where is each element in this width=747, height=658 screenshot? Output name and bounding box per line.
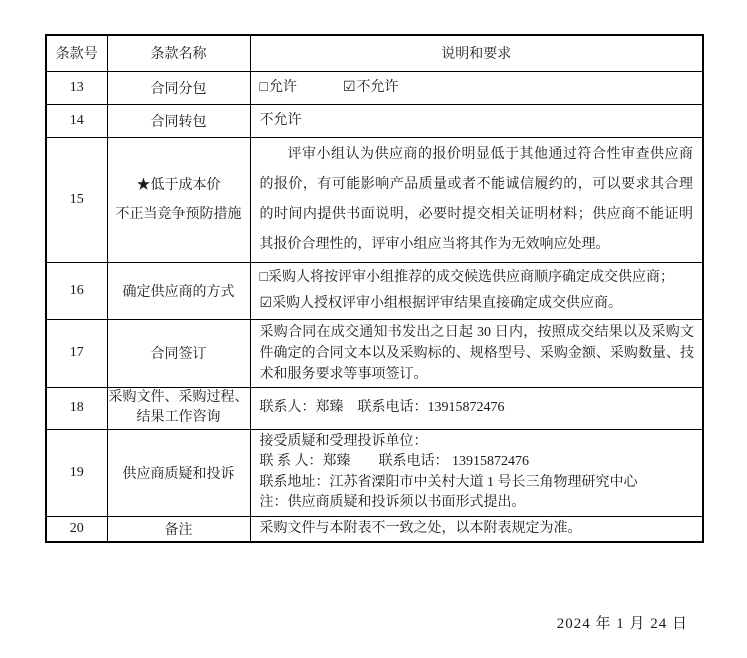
checkbox-unchecked-icon: □	[260, 270, 268, 285]
option-label: 不允许	[357, 80, 399, 95]
description-line: 接受质疑和受理投诉单位：	[260, 432, 695, 453]
description-line: 联系地址：江苏省溧阳市中关村大道 1 号长三角物理研究中心	[260, 473, 695, 494]
clause-name-line: 不正当竞争预防措施	[108, 200, 250, 229]
clause-number: 20	[46, 516, 107, 542]
table-row-17: 17 合同签订 采购合同在成交通知书发出之日起 30 日内，按照成交结果以及采购…	[46, 319, 703, 387]
clause-number: 16	[46, 262, 107, 319]
table-row-14: 14 合同转包 不允许	[46, 104, 703, 137]
option-label: 采购人将按评审小组推荐的成交候选供应商顺序确定成交供应商；	[268, 270, 674, 285]
clause-name-line: ★低于成本价	[108, 171, 250, 200]
clause-name: 合同分包	[107, 71, 250, 104]
column-header-clause-number: 条款号	[46, 35, 107, 71]
clause-name: 供应商质疑和投诉	[107, 429, 250, 516]
option-buyer-order: □采购人将按评审小组推荐的成交候选供应商顺序确定成交供应商；	[260, 265, 695, 291]
table-row-20: 20 备注 采购文件与本附表不一致之处，以本附表规定为准。	[46, 516, 703, 542]
column-header-clause-name: 条款名称	[107, 35, 250, 71]
checkbox-checked-icon: ☑	[260, 296, 273, 311]
clause-name: ★低于成本价 不正当竞争预防措施	[107, 137, 250, 262]
clause-name: 采购文件、采购过程、 结果工作咨询	[107, 387, 250, 429]
column-header-description: 说明和要求	[250, 35, 703, 71]
table-header-row: 条款号 条款名称 说明和要求	[46, 35, 703, 71]
clause-number: 14	[46, 104, 107, 137]
clause-number: 18	[46, 387, 107, 429]
clause-description: □采购人将按评审小组推荐的成交候选供应商顺序确定成交供应商； ☑采购人授权评审小…	[250, 262, 703, 319]
option-allow: □允许	[260, 80, 297, 95]
description-paragraph: 评审小组认为供应商的报价明显低于其他通过符合性审查供应商的报价，有可能影响产品质…	[260, 140, 695, 260]
clause-number: 19	[46, 429, 107, 516]
clause-name-line: 结果工作咨询	[108, 408, 250, 428]
clause-description: 联系人：郑臻 联系电话：13915872476	[250, 387, 703, 429]
checkbox-checked-icon: ☑	[343, 80, 357, 95]
clause-name-line: 采购文件、采购过程、	[108, 388, 250, 408]
document-date: 2024 年 1 月 24 日	[557, 612, 688, 633]
clause-description: □允许☑不允许	[250, 71, 703, 104]
clause-description: 采购文件与本附表不一致之处，以本附表规定为准。	[250, 516, 703, 542]
clause-description: 不允许	[250, 104, 703, 137]
option-panel-direct: ☑采购人授权评审小组根据评审结果直接确定成交供应商。	[260, 291, 695, 317]
description-line: 联 系 人：郑臻 联系电话： 13915872476	[260, 452, 695, 473]
clause-description: 采购合同在成交通知书发出之日起 30 日内，按照成交结果以及采购文件确定的合同文…	[250, 319, 703, 387]
option-not-allow: ☑不允许	[343, 80, 399, 95]
option-label: 采购人授权评审小组根据评审结果直接确定成交供应商。	[272, 296, 622, 311]
table-row-19: 19 供应商质疑和投诉 接受质疑和受理投诉单位： 联 系 人：郑臻 联系电话： …	[46, 429, 703, 516]
clauses-table: 条款号 条款名称 说明和要求 13 合同分包 □允许☑不允许 14 合同转包 不…	[45, 34, 704, 543]
clause-name: 确定供应商的方式	[107, 262, 250, 319]
description-line: 注：供应商质疑和投诉须以书面形式提出。	[260, 493, 695, 514]
clause-name: 备注	[107, 516, 250, 542]
clause-number: 13	[46, 71, 107, 104]
checkbox-unchecked-icon: □	[260, 80, 269, 95]
clause-number: 15	[46, 137, 107, 262]
description-paragraph: 采购合同在成交通知书发出之日起 30 日内，按照成交结果以及采购文件确定的合同文…	[260, 322, 695, 385]
clause-number: 17	[46, 319, 107, 387]
option-label: 允许	[269, 80, 297, 95]
clause-name: 合同签订	[107, 319, 250, 387]
table-row-13: 13 合同分包 □允许☑不允许	[46, 71, 703, 104]
clause-description: 接受质疑和受理投诉单位： 联 系 人：郑臻 联系电话： 13915872476 …	[250, 429, 703, 516]
table-row-18: 18 采购文件、采购过程、 结果工作咨询 联系人：郑臻 联系电话：1391587…	[46, 387, 703, 429]
clause-description: 评审小组认为供应商的报价明显低于其他通过符合性审查供应商的报价，有可能影响产品质…	[250, 137, 703, 262]
table-row-16: 16 确定供应商的方式 □采购人将按评审小组推荐的成交候选供应商顺序确定成交供应…	[46, 262, 703, 319]
document-page: 条款号 条款名称 说明和要求 13 合同分包 □允许☑不允许 14 合同转包 不…	[0, 0, 747, 658]
table-row-15: 15 ★低于成本价 不正当竞争预防措施 评审小组认为供应商的报价明显低于其他通过…	[46, 137, 703, 262]
clause-name: 合同转包	[107, 104, 250, 137]
